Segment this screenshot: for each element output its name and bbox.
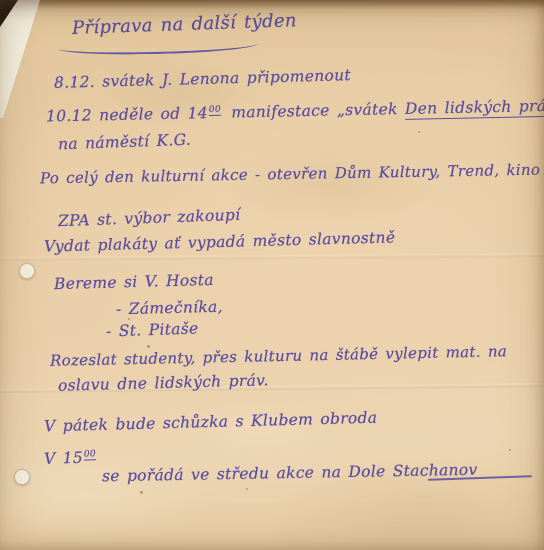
line-take-host: Bereme si V. Hosta: [54, 271, 214, 293]
paper-speck: [246, 488, 248, 490]
line-name-item: - Zámečníka,: [116, 298, 223, 319]
line-event-time: V 1500: [44, 448, 100, 468]
page-fold-edge: [0, 0, 42, 122]
line-zpa-committee: ZPA st. výbor zakoupí: [58, 206, 241, 230]
punch-hole-bottom: [14, 469, 30, 485]
title-underline: [58, 36, 258, 55]
line-students-posters: Rozeslat studenty, přes kulturu na štábě…: [50, 342, 507, 370]
line-manifestation: 10.12 neděle od 1400 manifestace „svátek…: [46, 97, 544, 126]
event-time-superscript: 00: [84, 449, 96, 460]
paper-speck: [509, 449, 511, 451]
paper-speck: [418, 131, 420, 133]
manifestation-text: manifestace „svátek: [224, 100, 405, 122]
manifestation-time-superscript: 00: [209, 105, 221, 116]
note-title: Příprava na další týden: [72, 10, 297, 39]
line-posters: Vydat plakáty ať vypadá město slavnostně: [44, 228, 396, 255]
line-stachanov-event: se pořádá ve středu akce na Dole Stachan…: [102, 461, 478, 486]
line-square-location: na náměstí K.G.: [58, 131, 192, 154]
punch-hole-top: [19, 263, 35, 279]
paper-speck: [147, 345, 150, 348]
event-time-text: V 15: [44, 449, 84, 468]
line-lennon-anniversary: 8.12. svátek J. Lenona připomenout: [54, 66, 351, 92]
manifestation-date-text: 10.12 neděle od 14: [46, 104, 208, 125]
line-name-item: - St. Pitaše: [106, 319, 199, 340]
manifestation-underlined-phrase: Den lidských práv“: [405, 97, 544, 120]
paper-speck: [140, 491, 143, 494]
paper-sheet: Příprava na další týden 8.12. svátek J. …: [0, 0, 544, 550]
paper-top-edge-shadow: [0, 0, 544, 9]
line-friday-meeting: V pátek bude schůzka s Klubem obroda: [44, 409, 378, 436]
line-celebration: oslavu dne lidských práv.: [58, 371, 269, 395]
paper-speck: [128, 318, 130, 320]
line-culture-day: Po celý den kulturní akce - otevřen Dům …: [40, 161, 541, 188]
